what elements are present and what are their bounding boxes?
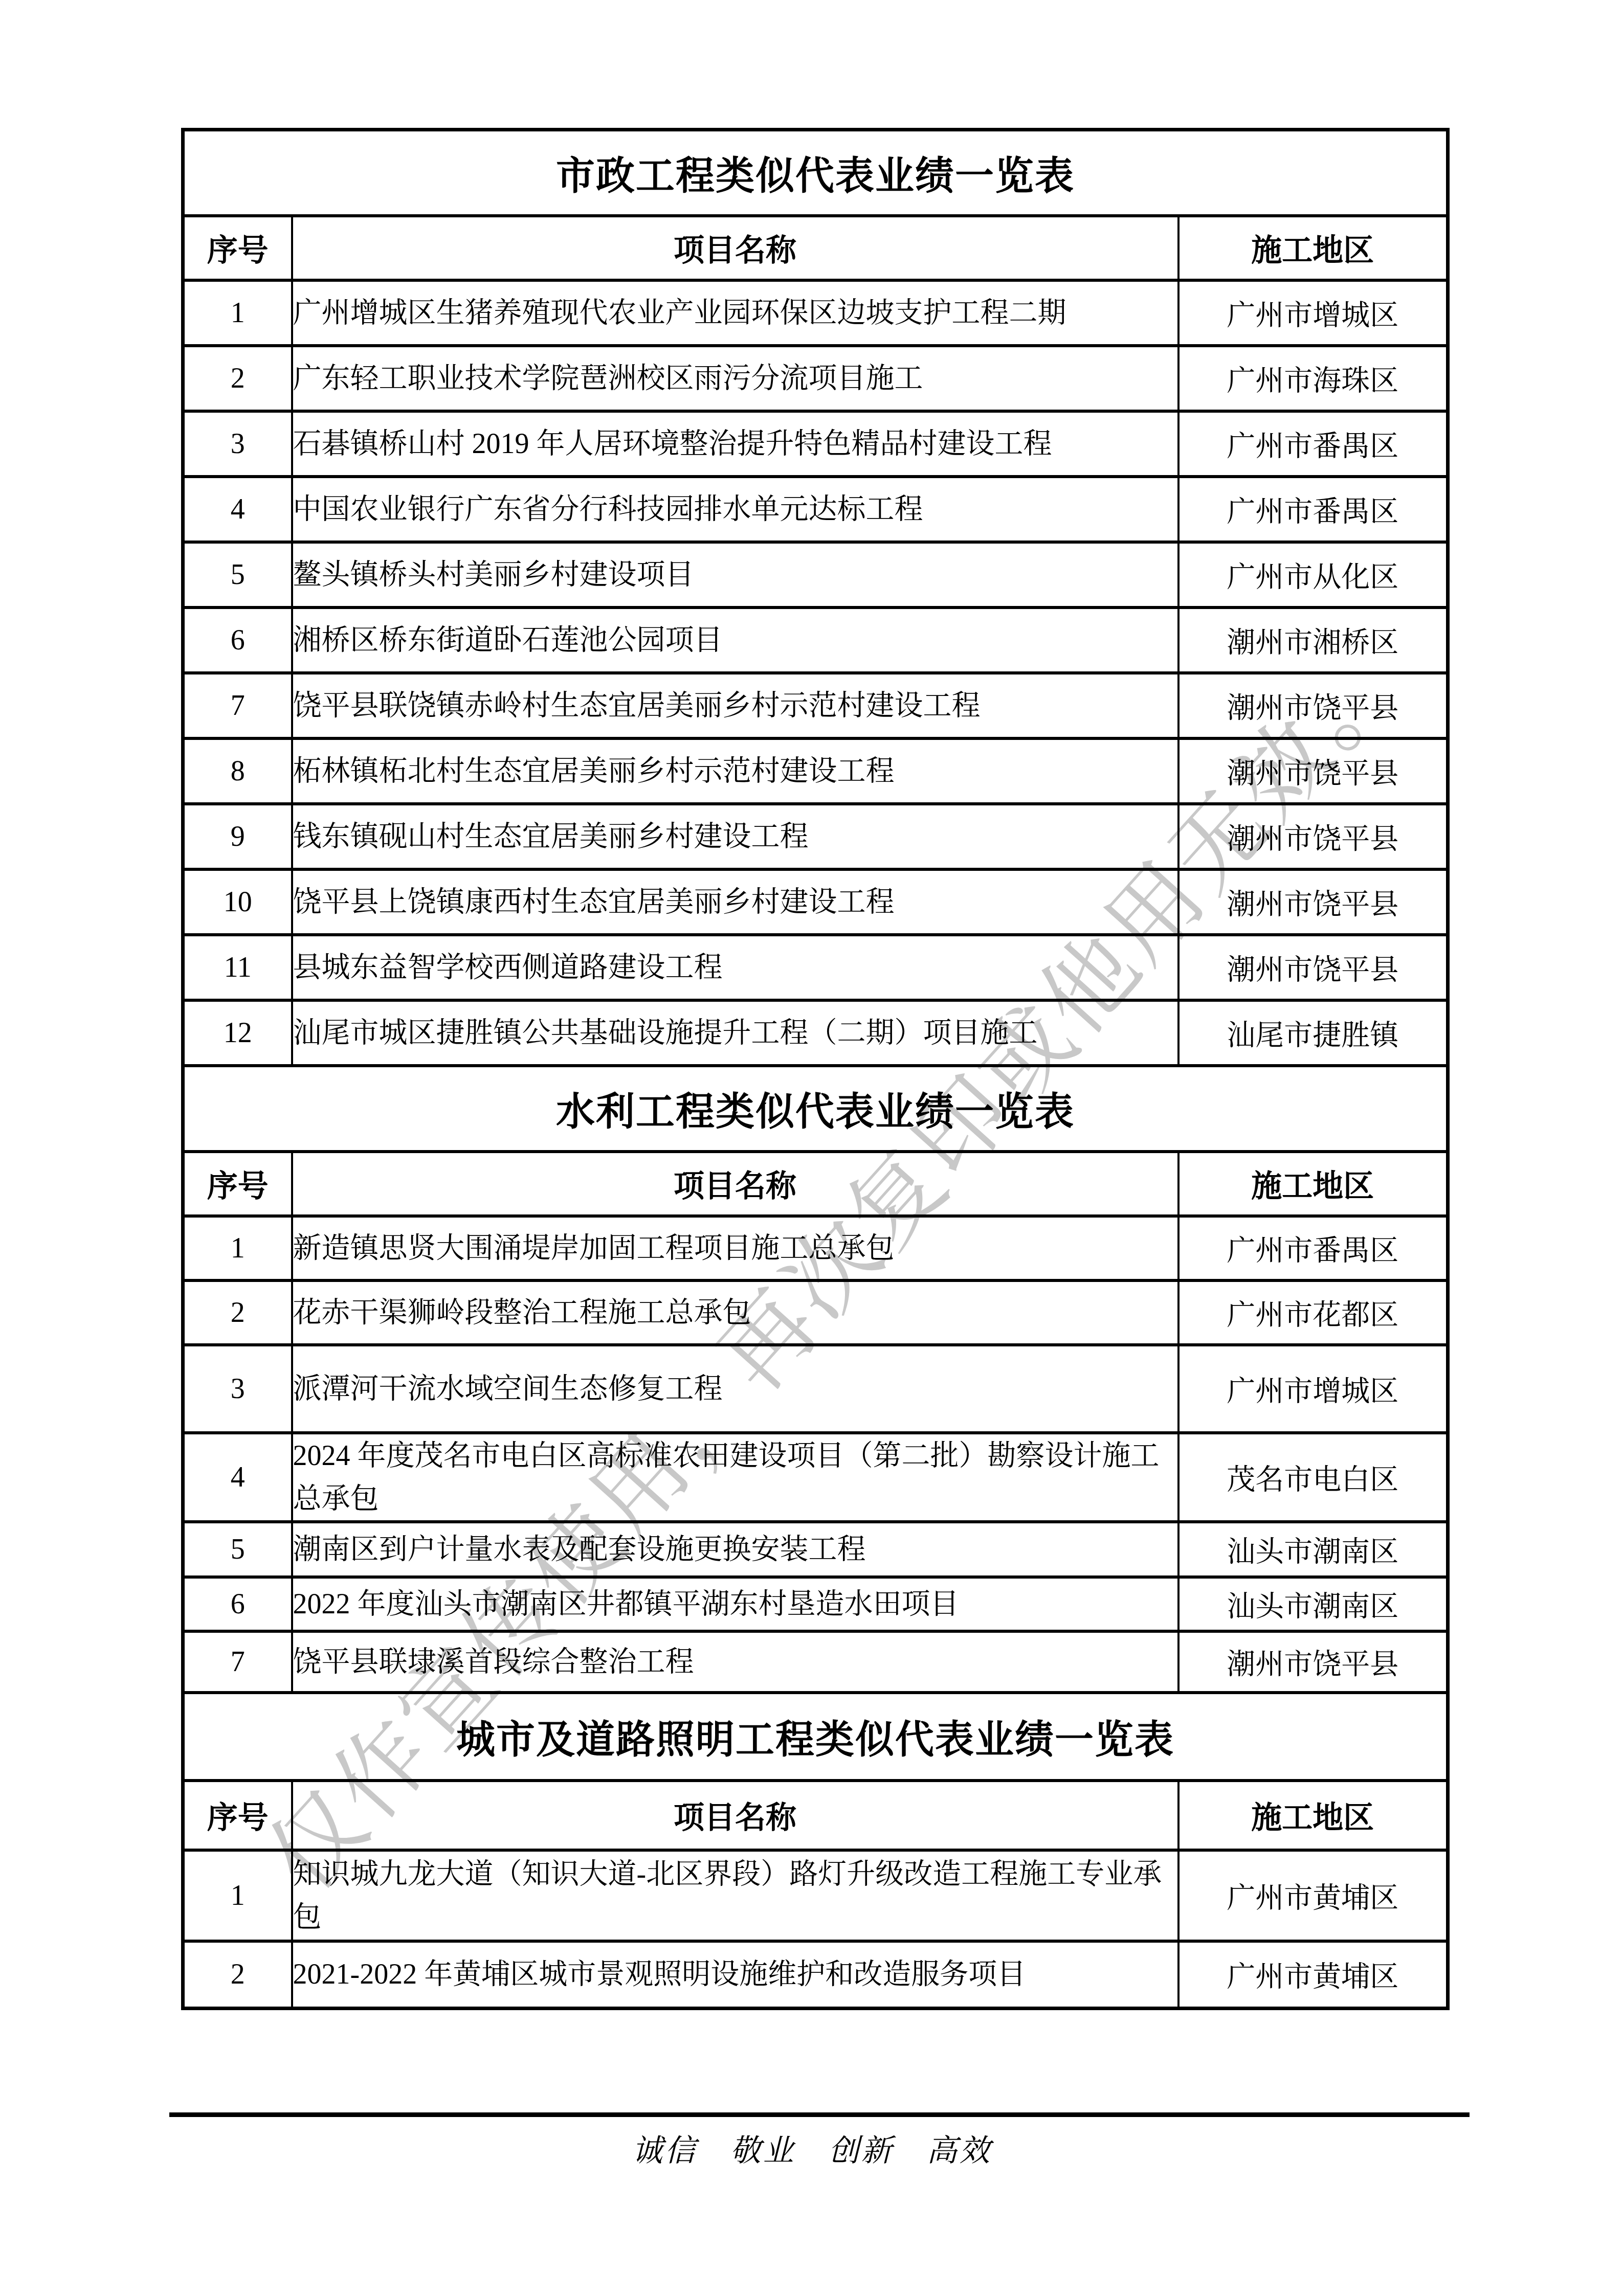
column-header-area: 施工地区 — [1178, 1152, 1448, 1216]
column-header-row: 序号 项目名称 施工地区 — [183, 1781, 1448, 1850]
row-index-cell: 1 — [183, 1216, 292, 1280]
row-index-cell: 2 — [183, 346, 292, 411]
footer-slogan: 诚信 敬业 创新 高效 — [0, 2126, 1624, 2170]
project-name-cell: 钱东镇砚山村生态宜居美丽乡村建设工程 — [292, 804, 1178, 869]
project-name-cell: 饶平县联饶镇赤岭村生态宜居美丽乡村示范村建设工程 — [292, 673, 1178, 738]
row-index-cell: 5 — [183, 1522, 292, 1577]
construction-area-cell: 广州市增城区 — [1178, 1345, 1448, 1433]
construction-area-cell: 广州市增城区 — [1178, 280, 1448, 346]
table-row: 12 汕尾市城区捷胜镇公共基础设施提升工程（二期）项目施工 汕尾市捷胜镇 — [183, 1000, 1448, 1066]
table-row: 5 潮南区到户计量水表及配套设施更换安装工程 汕头市潮南区 — [183, 1522, 1448, 1577]
section-title-lighting: 城市及道路照明工程类似代表业绩一览表 — [183, 1693, 1448, 1781]
project-name-cell: 中国农业银行广东省分行科技园排水单元达标工程 — [292, 477, 1178, 542]
row-index-cell: 4 — [183, 1433, 292, 1522]
column-header-project: 项目名称 — [292, 1781, 1178, 1850]
construction-area-cell: 广州市从化区 — [1178, 542, 1448, 607]
construction-area-cell: 广州市番禺区 — [1178, 411, 1448, 477]
construction-area-cell: 广州市花都区 — [1178, 1280, 1448, 1345]
project-name-cell: 知识城九龙大道（知识大道-北区界段）路灯升级改造工程施工专业承包 — [292, 1850, 1178, 1941]
project-name-cell: 广州增城区生猪养殖现代农业产业园环保区边坡支护工程二期 — [292, 280, 1178, 346]
construction-area-cell: 潮州市饶平县 — [1178, 804, 1448, 869]
row-index-cell: 8 — [183, 738, 292, 804]
column-header-area: 施工地区 — [1178, 1781, 1448, 1850]
project-name-cell: 潮南区到户计量水表及配套设施更换安装工程 — [292, 1522, 1178, 1577]
row-index-cell: 6 — [183, 1577, 292, 1631]
construction-area-cell: 广州市黄埔区 — [1178, 1941, 1448, 2009]
project-name-cell: 花赤干渠狮岭段整治工程施工总承包 — [292, 1280, 1178, 1345]
row-index-cell: 7 — [183, 673, 292, 738]
project-name-cell: 新造镇思贤大围涌堤岸加固工程项目施工总承包 — [292, 1216, 1178, 1280]
row-index-cell: 12 — [183, 1000, 292, 1066]
table-row: 2 2021-2022 年黄埔区城市景观照明设施维护和改造服务项目 广州市黄埔区 — [183, 1941, 1448, 2009]
construction-area-cell: 汕尾市捷胜镇 — [1178, 1000, 1448, 1066]
table-row: 4 2024 年度茂名市电白区高标准农田建设项目（第二批）勘察设计施工总承包 茂… — [183, 1433, 1448, 1522]
table-row: 6 湘桥区桥东街道卧石莲池公园项目 潮州市湘桥区 — [183, 607, 1448, 673]
table-row: 2 广东轻工职业技术学院琶洲校区雨污分流项目施工 广州市海珠区 — [183, 346, 1448, 411]
project-name-cell: 柘林镇柘北村生态宜居美丽乡村示范村建设工程 — [292, 738, 1178, 804]
row-index-cell: 6 — [183, 607, 292, 673]
table-row: 4 中国农业银行广东省分行科技园排水单元达标工程 广州市番禺区 — [183, 477, 1448, 542]
table-row: 1 知识城九龙大道（知识大道-北区界段）路灯升级改造工程施工专业承包 广州市黄埔… — [183, 1850, 1448, 1941]
project-name-cell: 湘桥区桥东街道卧石莲池公园项目 — [292, 607, 1178, 673]
construction-area-cell: 潮州市饶平县 — [1178, 1631, 1448, 1693]
table-row: 1 广州增城区生猪养殖现代农业产业园环保区边坡支护工程二期 广州市增城区 — [183, 280, 1448, 346]
document-page: 仅作宣传使用，再次复印或他用无效。 市政工程类似代表业绩一览表 序号 项目名称 … — [0, 0, 1624, 2296]
construction-area-cell: 潮州市饶平县 — [1178, 738, 1448, 804]
section-title-row: 市政工程类似代表业绩一览表 — [183, 130, 1448, 216]
column-header-index: 序号 — [183, 1152, 292, 1216]
project-name-cell: 2024 年度茂名市电白区高标准农田建设项目（第二批）勘察设计施工总承包 — [292, 1433, 1178, 1522]
column-header-area: 施工地区 — [1178, 216, 1448, 280]
project-name-cell: 派潭河干流水域空间生态修复工程 — [292, 1345, 1178, 1433]
construction-area-cell: 茂名市电白区 — [1178, 1433, 1448, 1522]
row-index-cell: 3 — [183, 411, 292, 477]
project-name-cell: 石碁镇桥山村 2019 年人居环境整治提升特色精品村建设工程 — [292, 411, 1178, 477]
project-name-cell: 汕尾市城区捷胜镇公共基础设施提升工程（二期）项目施工 — [292, 1000, 1178, 1066]
column-header-row: 序号 项目名称 施工地区 — [183, 216, 1448, 280]
table-row: 3 派潭河干流水域空间生态修复工程 广州市增城区 — [183, 1345, 1448, 1433]
project-name-cell: 鳌头镇桥头村美丽乡村建设项目 — [292, 542, 1178, 607]
construction-area-cell: 潮州市饶平县 — [1178, 673, 1448, 738]
section-title-row: 城市及道路照明工程类似代表业绩一览表 — [183, 1693, 1448, 1781]
row-index-cell: 3 — [183, 1345, 292, 1433]
section-title-row: 水利工程类似代表业绩一览表 — [183, 1066, 1448, 1152]
table-row: 11 县城东益智学校西侧道路建设工程 潮州市饶平县 — [183, 935, 1448, 1000]
construction-area-cell: 汕头市潮南区 — [1178, 1522, 1448, 1577]
table-row: 1 新造镇思贤大围涌堤岸加固工程项目施工总承包 广州市番禺区 — [183, 1216, 1448, 1280]
project-name-cell: 饶平县上饶镇康西村生态宜居美丽乡村建设工程 — [292, 869, 1178, 935]
row-index-cell: 5 — [183, 542, 292, 607]
column-header-index: 序号 — [183, 1781, 292, 1850]
column-header-project: 项目名称 — [292, 1152, 1178, 1216]
row-index-cell: 2 — [183, 1280, 292, 1345]
column-header-project: 项目名称 — [292, 216, 1178, 280]
column-header-row: 序号 项目名称 施工地区 — [183, 1152, 1448, 1216]
row-index-cell: 7 — [183, 1631, 292, 1693]
construction-area-cell: 潮州市湘桥区 — [1178, 607, 1448, 673]
project-name-cell: 广东轻工职业技术学院琶洲校区雨污分流项目施工 — [292, 346, 1178, 411]
row-index-cell: 10 — [183, 869, 292, 935]
project-name-cell: 2021-2022 年黄埔区城市景观照明设施维护和改造服务项目 — [292, 1941, 1178, 2009]
row-index-cell: 1 — [183, 280, 292, 346]
row-index-cell: 9 — [183, 804, 292, 869]
project-name-cell: 2022 年度汕头市潮南区井都镇平湖东村垦造水田项目 — [292, 1577, 1178, 1631]
construction-area-cell: 汕头市潮南区 — [1178, 1577, 1448, 1631]
row-index-cell: 4 — [183, 477, 292, 542]
table-row: 10 饶平县上饶镇康西村生态宜居美丽乡村建设工程 潮州市饶平县 — [183, 869, 1448, 935]
project-name-cell: 县城东益智学校西侧道路建设工程 — [292, 935, 1178, 1000]
project-name-cell: 饶平县联埭溪首段综合整治工程 — [292, 1631, 1178, 1693]
footer-divider — [169, 2112, 1470, 2117]
table-row: 6 2022 年度汕头市潮南区井都镇平湖东村垦造水田项目 汕头市潮南区 — [183, 1577, 1448, 1631]
construction-area-cell: 广州市番禺区 — [1178, 1216, 1448, 1280]
table-row: 3 石碁镇桥山村 2019 年人居环境整治提升特色精品村建设工程 广州市番禺区 — [183, 411, 1448, 477]
construction-area-cell: 广州市番禺区 — [1178, 477, 1448, 542]
section-title-municipal: 市政工程类似代表业绩一览表 — [183, 130, 1448, 216]
table-row: 5 鳌头镇桥头村美丽乡村建设项目 广州市从化区 — [183, 542, 1448, 607]
column-header-index: 序号 — [183, 216, 292, 280]
section-title-water: 水利工程类似代表业绩一览表 — [183, 1066, 1448, 1152]
table-row: 8 柘林镇柘北村生态宜居美丽乡村示范村建设工程 潮州市饶平县 — [183, 738, 1448, 804]
construction-area-cell: 广州市黄埔区 — [1178, 1850, 1448, 1941]
table-row: 7 饶平县联埭溪首段综合整治工程 潮州市饶平县 — [183, 1631, 1448, 1693]
table-row: 9 钱东镇砚山村生态宜居美丽乡村建设工程 潮州市饶平县 — [183, 804, 1448, 869]
row-index-cell: 11 — [183, 935, 292, 1000]
construction-area-cell: 潮州市饶平县 — [1178, 869, 1448, 935]
construction-area-cell: 潮州市饶平县 — [1178, 935, 1448, 1000]
performance-tables: 市政工程类似代表业绩一览表 序号 项目名称 施工地区 1 广州增城区生猪养殖现代… — [181, 128, 1450, 2010]
construction-area-cell: 广州市海珠区 — [1178, 346, 1448, 411]
table-row: 7 饶平县联饶镇赤岭村生态宜居美丽乡村示范村建设工程 潮州市饶平县 — [183, 673, 1448, 738]
table-row: 2 花赤干渠狮岭段整治工程施工总承包 广州市花都区 — [183, 1280, 1448, 1345]
row-index-cell: 1 — [183, 1850, 292, 1941]
row-index-cell: 2 — [183, 1941, 292, 2009]
